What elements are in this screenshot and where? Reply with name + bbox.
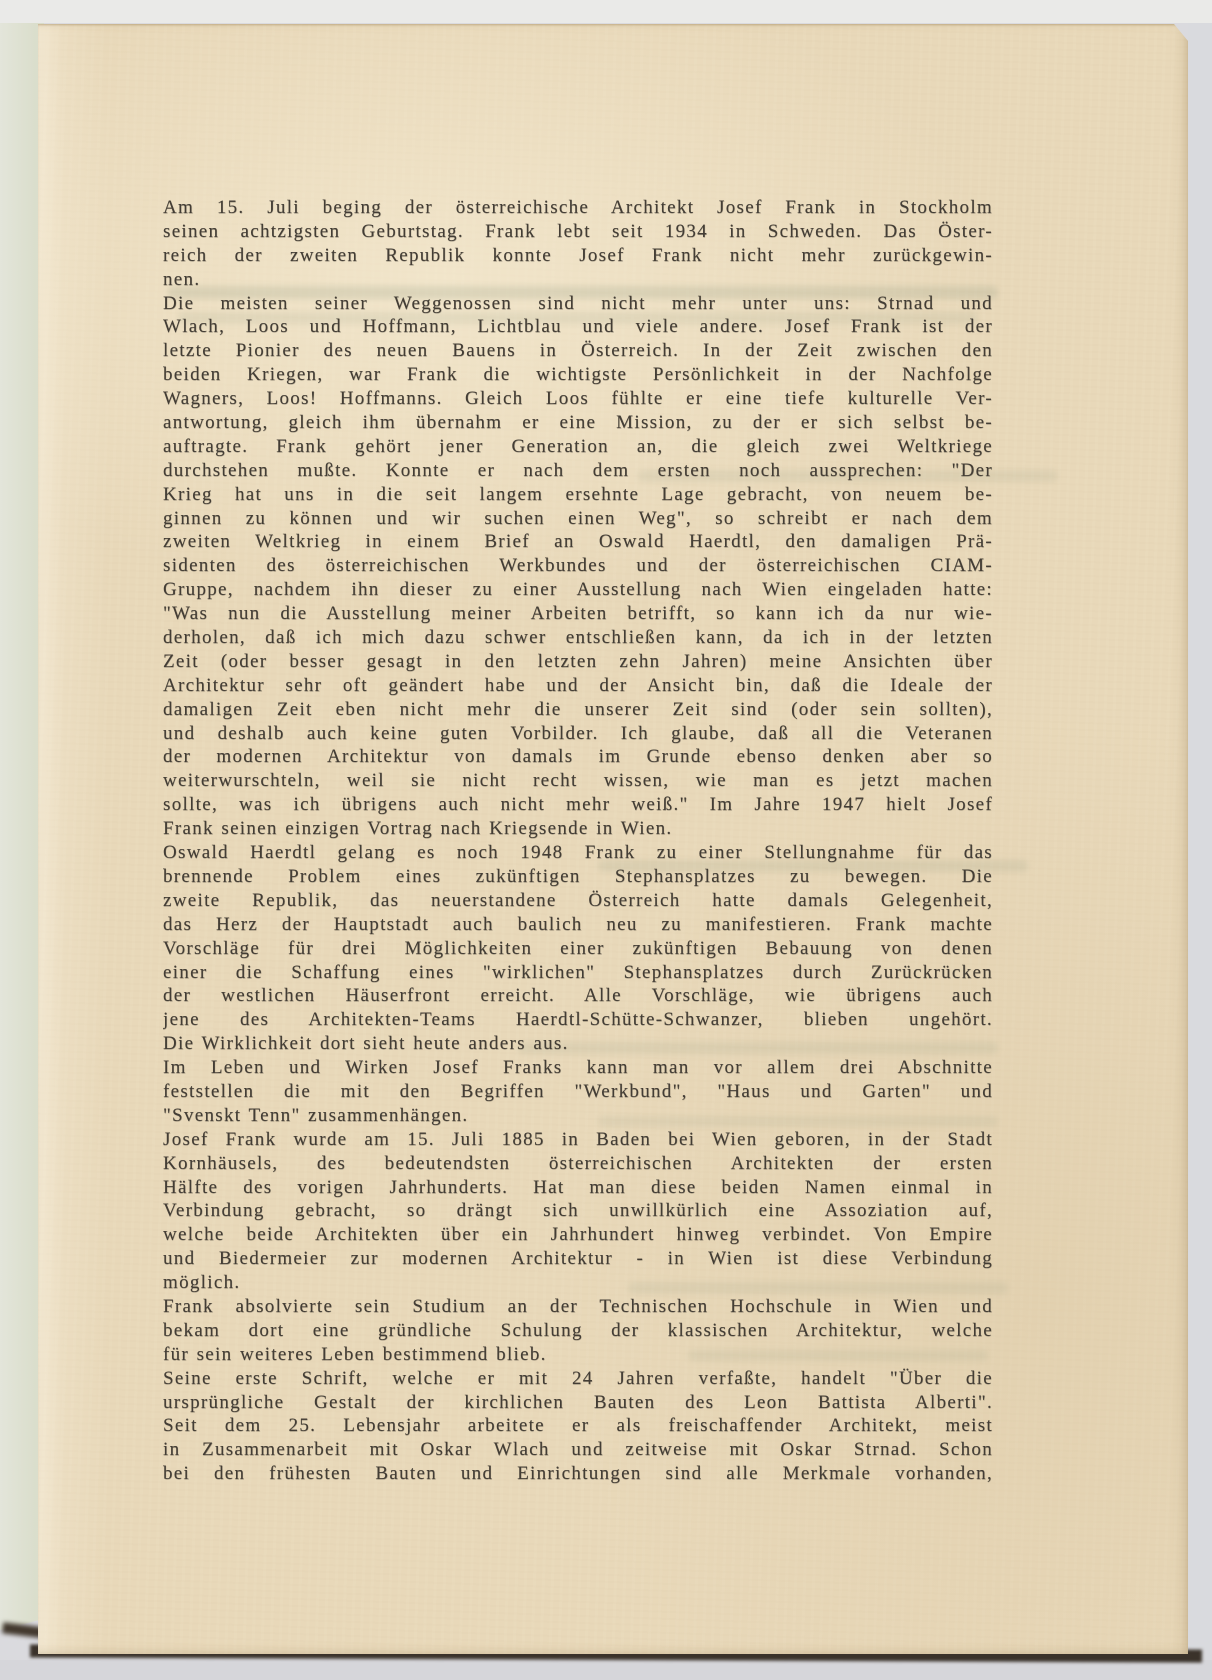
text-line: das Herz der Hauptstadt auch baulich neu…	[163, 913, 993, 937]
text-line: weiterwurschteln, weil sie nicht recht w…	[163, 769, 993, 793]
text-line: bekam dort eine gründliche Schulung der …	[163, 1319, 993, 1343]
text-line: Zeit (oder besser gesagt in den letzten …	[163, 650, 993, 674]
text-line: derholen, daß ich mich dazu schwer entsc…	[163, 626, 993, 650]
scanner-margin-bottom	[0, 1660, 1212, 1680]
text-line: sollte, was ich übrigens auch nicht mehr…	[163, 793, 993, 817]
text-line: beiden Kriegen, war Frank die wichtigste…	[163, 363, 993, 387]
paragraph: Frank absolvierte sein Studium an der Te…	[163, 1295, 993, 1367]
text-line: möglich.	[163, 1271, 993, 1295]
paragraph: Seine erste Schrift, welche er mit 24 Ja…	[163, 1367, 993, 1486]
text-line: und deshalb auch keine guten Vorbilder. …	[163, 722, 993, 746]
text-line: Die Wirklichkeit dort sieht heute anders…	[163, 1032, 993, 1056]
text-line: Im Leben und Wirken Josef Franks kann ma…	[163, 1056, 993, 1080]
text-line: "Was nun die Ausstellung meiner Arbeiten…	[163, 602, 993, 626]
text-line: Wagners, Loos! Hoffmanns. Gleich Loos fü…	[163, 387, 993, 411]
page-sheet: Am 15. Juli beging der österreichische A…	[38, 24, 1188, 1654]
text-line: Kornhäusels, des bedeutendsten österreic…	[163, 1152, 993, 1176]
text-line: brennende Problem eines zukünftigen Step…	[163, 865, 993, 889]
text-line: reich der zweiten Republik konnte Josef …	[163, 244, 993, 268]
text-line: Seine erste Schrift, welche er mit 24 Ja…	[163, 1367, 993, 1391]
text-line: jene des Architekten-Teams Haerdtl-Schüt…	[163, 1008, 993, 1032]
text-line: in Zusammenarbeit mit Oskar Wlach und ze…	[163, 1438, 993, 1462]
text-line: letzte Pionier des neuen Bauens in Öster…	[163, 339, 993, 363]
typewritten-text: Am 15. Juli beging der österreichische A…	[163, 196, 993, 1486]
paragraph: Am 15. Juli beging der österreichische A…	[163, 196, 993, 292]
text-line: damaligen Zeit eben nicht mehr die unser…	[163, 698, 993, 722]
text-line: ginnen zu können und wir suchen einen We…	[163, 507, 993, 531]
text-line: ursprüngliche Gestalt der kirchlichen Ba…	[163, 1391, 993, 1415]
paragraph: Josef Frank wurde am 15. Juli 1885 in Ba…	[163, 1128, 993, 1295]
text-line: nen.	[163, 268, 993, 292]
scanner-margin-top	[0, 0, 1212, 23]
text-line: durchstehen mußte. Konnte er nach dem er…	[163, 459, 993, 483]
text-line: feststellen die mit den Begriffen "Werkb…	[163, 1080, 993, 1104]
text-line: welche beide Architekten über ein Jahrhu…	[163, 1223, 993, 1247]
text-line: Josef Frank wurde am 15. Juli 1885 in Ba…	[163, 1128, 993, 1152]
scanner-margin-right	[1188, 23, 1212, 1680]
text-line: der modernen Architektur von damals im G…	[163, 745, 993, 769]
text-line: Seit dem 25. Lebensjahr arbeitete er als…	[163, 1414, 993, 1438]
text-line: und Biedermeier zur modernen Architektur…	[163, 1247, 993, 1271]
paragraph: Im Leben und Wirken Josef Franks kann ma…	[163, 1056, 993, 1128]
text-line: Verbindung gebracht, so drängt sich unwi…	[163, 1199, 993, 1223]
text-line: Frank seinen einzigen Vortrag nach Krieg…	[163, 817, 993, 841]
text-line: Wlach, Loos und Hoffmann, Lichtblau und …	[163, 315, 993, 339]
text-line: Am 15. Juli beging der österreichische A…	[163, 196, 993, 220]
text-line: Architektur sehr oft geändert habe und d…	[163, 674, 993, 698]
text-line: Oswald Haerdtl gelang es noch 1948 Frank…	[163, 841, 993, 865]
text-line: der westlichen Häuserfront erreicht. All…	[163, 984, 993, 1008]
text-line: sidenten des österreichischen Werkbundes…	[163, 554, 993, 578]
text-line: für sein weiteres Leben bestimmend blieb…	[163, 1343, 993, 1367]
text-line: auftragte. Frank gehört jener Generation…	[163, 435, 993, 459]
scan-background: Am 15. Juli beging der österreichische A…	[0, 0, 1212, 1680]
text-line: antwortung, gleich ihm übernahm er eine …	[163, 411, 993, 435]
text-line: einer die Schaffung eines "wirklichen" S…	[163, 961, 993, 985]
text-line: seinen achtzigsten Geburtstag. Frank leb…	[163, 220, 993, 244]
text-line: "Svenskt Tenn" zusammenhängen.	[163, 1104, 993, 1128]
text-line: Krieg hat uns in die seit langem ersehnt…	[163, 483, 993, 507]
text-line: bei den frühesten Bauten und Einrichtung…	[163, 1462, 993, 1486]
text-line: zweite Republik, das neuerstandene Öster…	[163, 889, 993, 913]
underlying-page-edge	[0, 23, 44, 1635]
paragraph: Oswald Haerdtl gelang es noch 1948 Frank…	[163, 841, 993, 1056]
text-line: Vorschläge für drei Möglichkeiten einer …	[163, 937, 993, 961]
paragraph: Die meisten seiner Weggenossen sind nich…	[163, 292, 993, 841]
text-line: Frank absolvierte sein Studium an der Te…	[163, 1295, 993, 1319]
text-line: Gruppe, nachdem ihn dieser zu einer Auss…	[163, 578, 993, 602]
text-line: Hälfte des vorigen Jahrhunderts. Hat man…	[163, 1176, 993, 1200]
text-line: zweiten Weltkrieg in einem Brief an Oswa…	[163, 530, 993, 554]
text-line: Die meisten seiner Weggenossen sind nich…	[163, 292, 993, 316]
